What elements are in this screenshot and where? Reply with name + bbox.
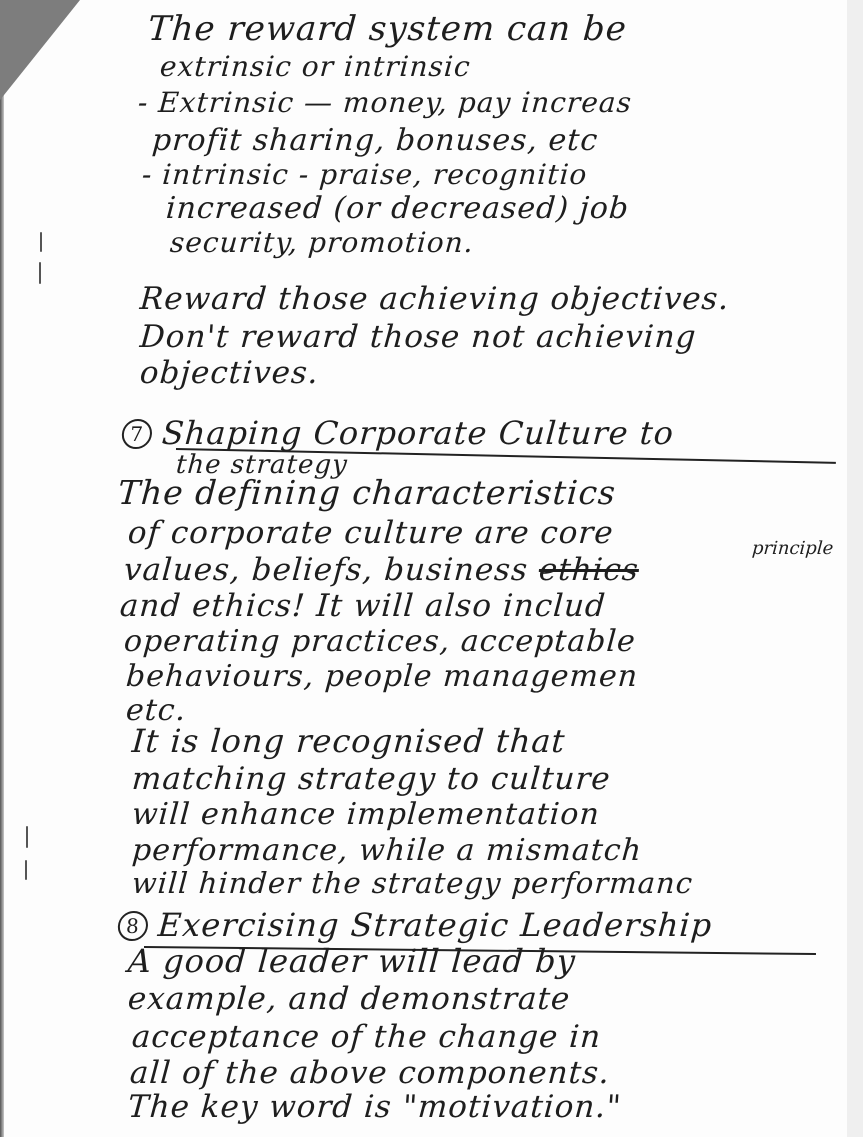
text-line: security, promotion. [169, 226, 475, 260]
text-line: of corporate culture are core [127, 516, 615, 550]
section-number-badge: 7 [121, 419, 153, 449]
text-line: increased (or decreased) job [165, 192, 631, 226]
text-line: and ethics! It will also includ [119, 589, 607, 623]
section-heading: 7Shaping Corporate Culture to [121, 416, 675, 450]
text-line: - intrinsic - praise, recognitio [141, 158, 589, 192]
text-line: The defining characteristics [117, 476, 617, 510]
text-fragment: values, beliefs, business [123, 552, 530, 588]
text-line: all of the above components. [129, 1056, 611, 1090]
text-line: extrinsic or intrinsic [159, 50, 472, 84]
text-line: will hinder the strategy performanc [131, 866, 694, 900]
text-line: will enhance implementation [131, 798, 601, 832]
section-number-badge: 8 [117, 911, 149, 941]
text-line: The key word is "motivation." [127, 1090, 623, 1124]
text-line: objectives. [139, 356, 320, 390]
text-line: acceptance of the change in [131, 1020, 603, 1054]
heading-text: Shaping Corporate Culture to [161, 414, 676, 452]
text-line: performance, while a mismatch [131, 834, 643, 868]
text-line: behaviours, people managemen [125, 660, 639, 694]
text-line: example, and demonstrate [127, 982, 572, 1016]
text-line: It is long recognised that [131, 724, 567, 758]
inserted-word: principle [751, 538, 834, 559]
text-line: Don't reward those not achieving [139, 320, 698, 354]
text-line: A good leader will lead by [127, 944, 577, 978]
text-line: values, beliefs, business ethics [123, 553, 640, 587]
text-line: profit sharing, bonuses, etc [151, 124, 600, 158]
handwritten-note: The reward system can be extrinsic or in… [0, 0, 863, 1137]
text-line: The reward system can be [147, 12, 628, 46]
struck-word: ethics [538, 552, 640, 588]
text-line: matching strategy to culture [131, 762, 612, 796]
section-heading: 8Exercising Strategic Leadership [117, 908, 714, 942]
text-line: Reward those achieving objectives. [139, 282, 731, 316]
text-line: - Extrinsic — money, pay increas [137, 86, 633, 120]
text-line: operating practices, acceptable [123, 625, 637, 659]
heading-text: Exercising Strategic Leadership [157, 906, 714, 944]
